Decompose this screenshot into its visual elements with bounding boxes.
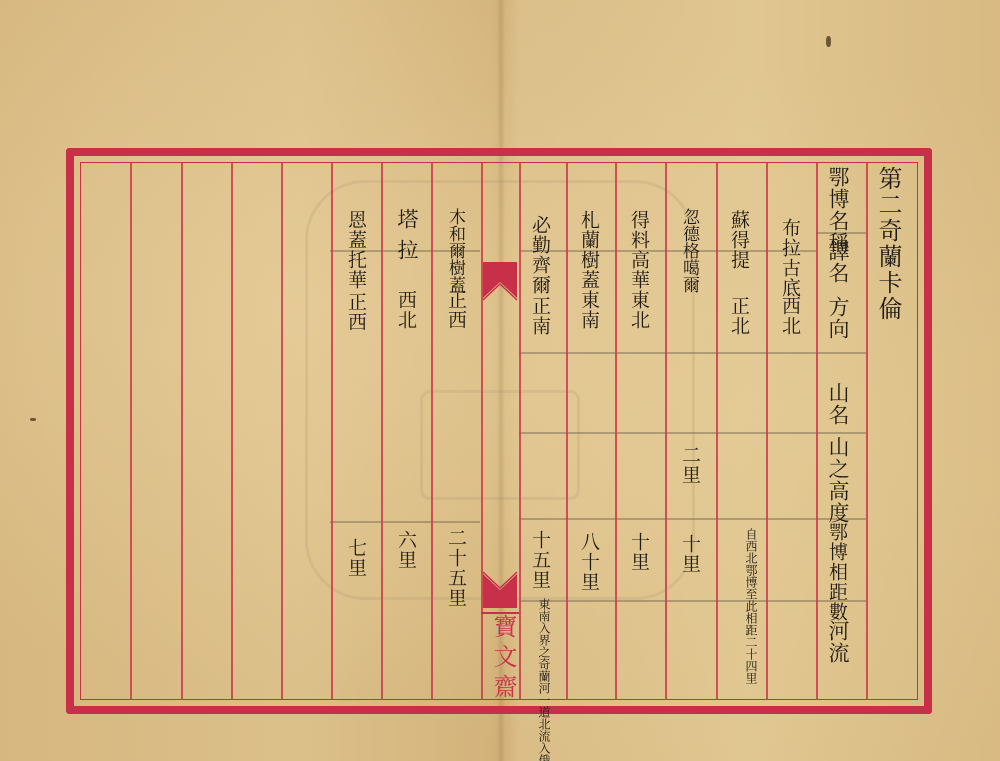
obo-distance-note: 自西北鄂博至此相距二十四里 <box>721 528 757 618</box>
obo-name: 木和爾樹蓋 <box>446 208 463 293</box>
obo-name: 蘇得提 <box>729 210 748 270</box>
column-line <box>331 163 333 700</box>
obo-name: 必勤齊爾 <box>530 215 549 295</box>
obo-distance: 六里 <box>396 530 415 570</box>
obo-mountain-height: 二里 <box>680 445 699 485</box>
obo-distance: 十里 <box>680 534 699 574</box>
obo-distance: 七里 <box>346 538 365 578</box>
paper-speck <box>30 418 36 421</box>
column-line <box>281 163 283 700</box>
obo-name: 札蘭樹蓋 <box>579 210 598 290</box>
obo-direction: 東南 <box>579 290 598 330</box>
obo-direction: 正北 <box>729 296 748 336</box>
obo-name: 布拉古底 <box>780 218 799 298</box>
obo-direction: 東北 <box>629 290 648 330</box>
column-line <box>566 163 568 700</box>
obo-direction: 正南 <box>530 296 549 336</box>
column-line <box>431 163 433 700</box>
header-mountain-name: 山名 <box>827 382 848 426</box>
column-line <box>231 163 233 700</box>
column-line <box>866 163 868 700</box>
column-line <box>665 163 667 700</box>
column-line <box>381 163 383 700</box>
column-line <box>766 163 768 700</box>
river-note: 東南入界之奇蘭河一道北流入俄界 <box>506 598 550 700</box>
obo-name: 恩蓋托華 <box>346 210 365 290</box>
column-line <box>130 163 132 700</box>
column-line <box>716 163 718 700</box>
header-direction: 方向 <box>827 296 848 340</box>
obo-distance: 十里 <box>629 532 648 572</box>
obo-distance: 十五里 <box>530 530 549 590</box>
page-title: 第二奇蘭卡倫 <box>876 166 900 322</box>
obo-distance: 二十五里 <box>446 528 465 608</box>
column-line <box>181 163 183 700</box>
obo-name: 忽德格噶爾 <box>680 208 697 293</box>
header-river: 河流 <box>827 620 848 664</box>
column-line <box>816 163 818 700</box>
obo-distance: 八十里 <box>579 532 598 592</box>
obo-name: 得料高華 <box>629 210 648 290</box>
paper-speck <box>826 36 831 47</box>
obo-direction: 正西 <box>346 292 365 332</box>
fishtail-top-icon <box>481 262 519 302</box>
column-line <box>481 163 483 700</box>
obo-direction: 西北 <box>396 290 415 330</box>
header-mountain-height: 山之高度 <box>827 436 848 524</box>
obo-direction: 西北 <box>780 296 799 336</box>
header-distance: 鄂博相距數 <box>827 522 846 622</box>
header-translated-name: 譯名 <box>827 240 848 284</box>
obo-name: 塔拉 <box>396 208 417 270</box>
column-line <box>615 163 617 700</box>
obo-direction: 正西 <box>446 290 465 330</box>
